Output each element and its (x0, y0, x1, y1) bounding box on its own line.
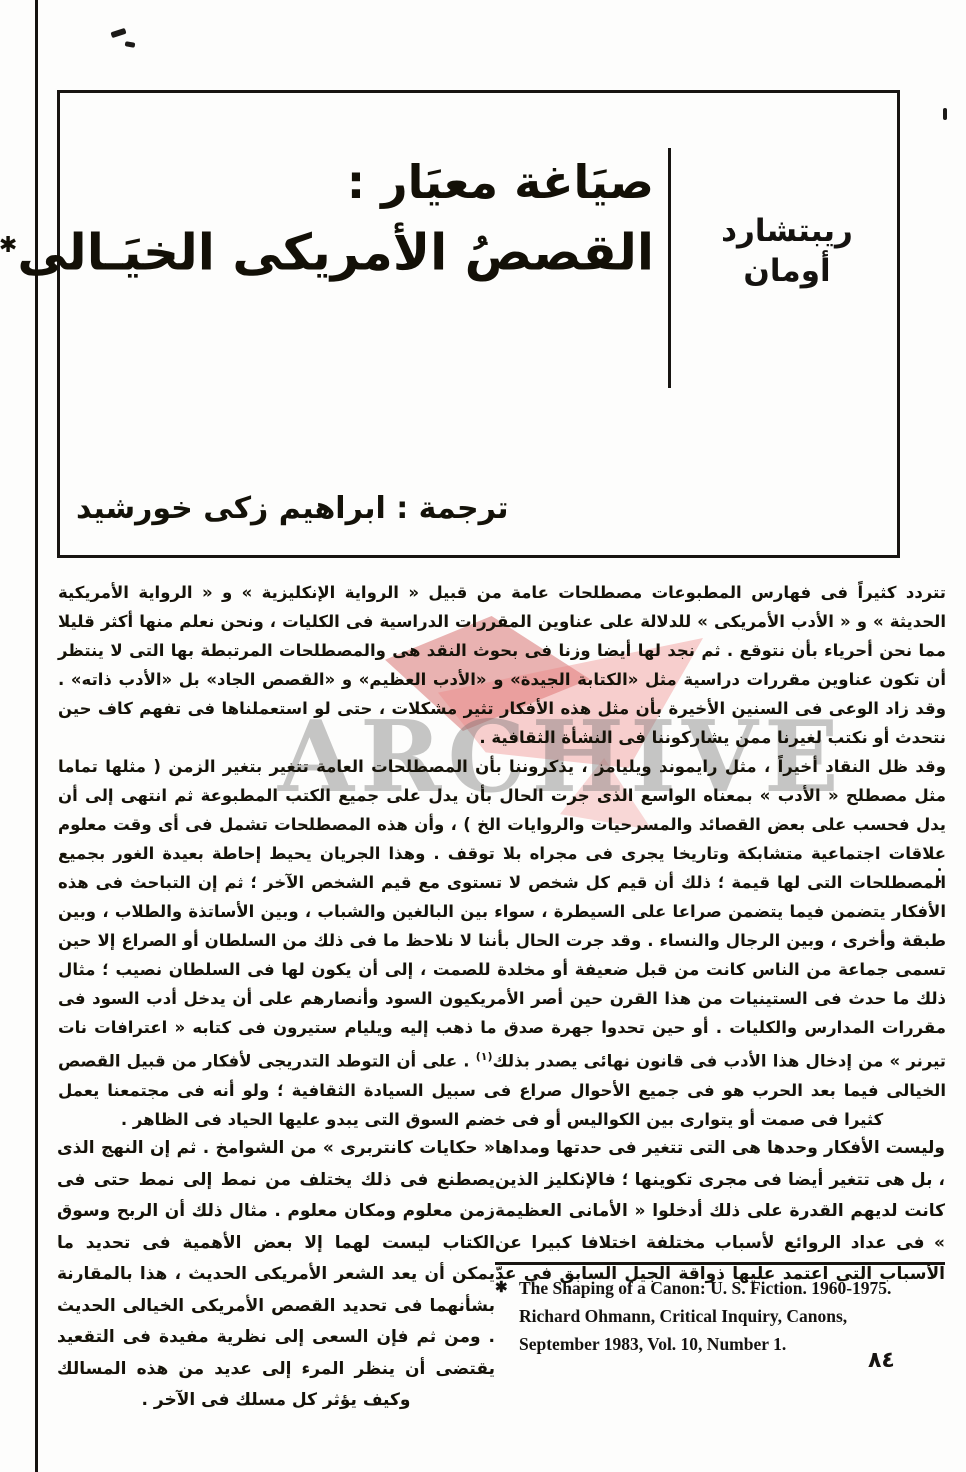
scanned-document-page: ARCHIVE ريبتشارد أومان صيَاغة معيَار : ا… (0, 0, 966, 1472)
article-title-line2-text: القصصُ الأمريكى الخيَـالى (17, 224, 654, 282)
scan-speck (125, 41, 136, 48)
translator-line: ترجمة : ابراهيم زكى خورشيد (76, 491, 509, 526)
body-paragraph-2: وقد ظل النقاد أخيراً ، مثل رايموند ويليا… (58, 752, 946, 1134)
scan-speck (110, 28, 126, 38)
article-title-line2: القصصُ الأمريكى الخيَـالى✱ (124, 213, 654, 286)
author-name: ريبتشارد أومان (678, 211, 896, 291)
title-box: ريبتشارد أومان صيَاغة معيَار : القصصُ ال… (57, 90, 900, 558)
body-paragraph-1: تتردد كثيراً فى فهارس المطبوعات مصطلحات … (58, 578, 946, 752)
scan-speck (943, 108, 947, 120)
footnote-line-1: The Shaping of a Canon: U. S. Fiction. 1… (519, 1274, 945, 1302)
article-title-line1: صيَاغة معيَار : (124, 151, 654, 213)
article-title: صيَاغة معيَار : القصصُ الأمريكى الخيَـال… (124, 151, 654, 286)
column-right: وليست الأفكار وحدها هى التى تتغير فى حدت… (495, 1133, 945, 1291)
page-number: ٨٤ (868, 1348, 895, 1373)
footnote-line-2: Richard Ohmann, Critical Inquiry, Canons… (519, 1302, 945, 1330)
footnote-reference: (١) (476, 1050, 493, 1063)
footnote-marker-icon: ✱ (495, 1274, 508, 1302)
footnote-rule (495, 1262, 945, 1265)
column-left: « حكايات كانتربرى » من الشوامخ . ثم إن ا… (57, 1133, 495, 1417)
footnote: ✱ The Shaping of a Canon: U. S. Fiction.… (495, 1274, 945, 1358)
title-divider-rule (668, 148, 671, 388)
title-asterisk-icon: ✱ (0, 233, 17, 258)
body-paragraph-2-text: وقد ظل النقاد أخيراً ، مثل رايموند ويليا… (58, 757, 946, 1071)
